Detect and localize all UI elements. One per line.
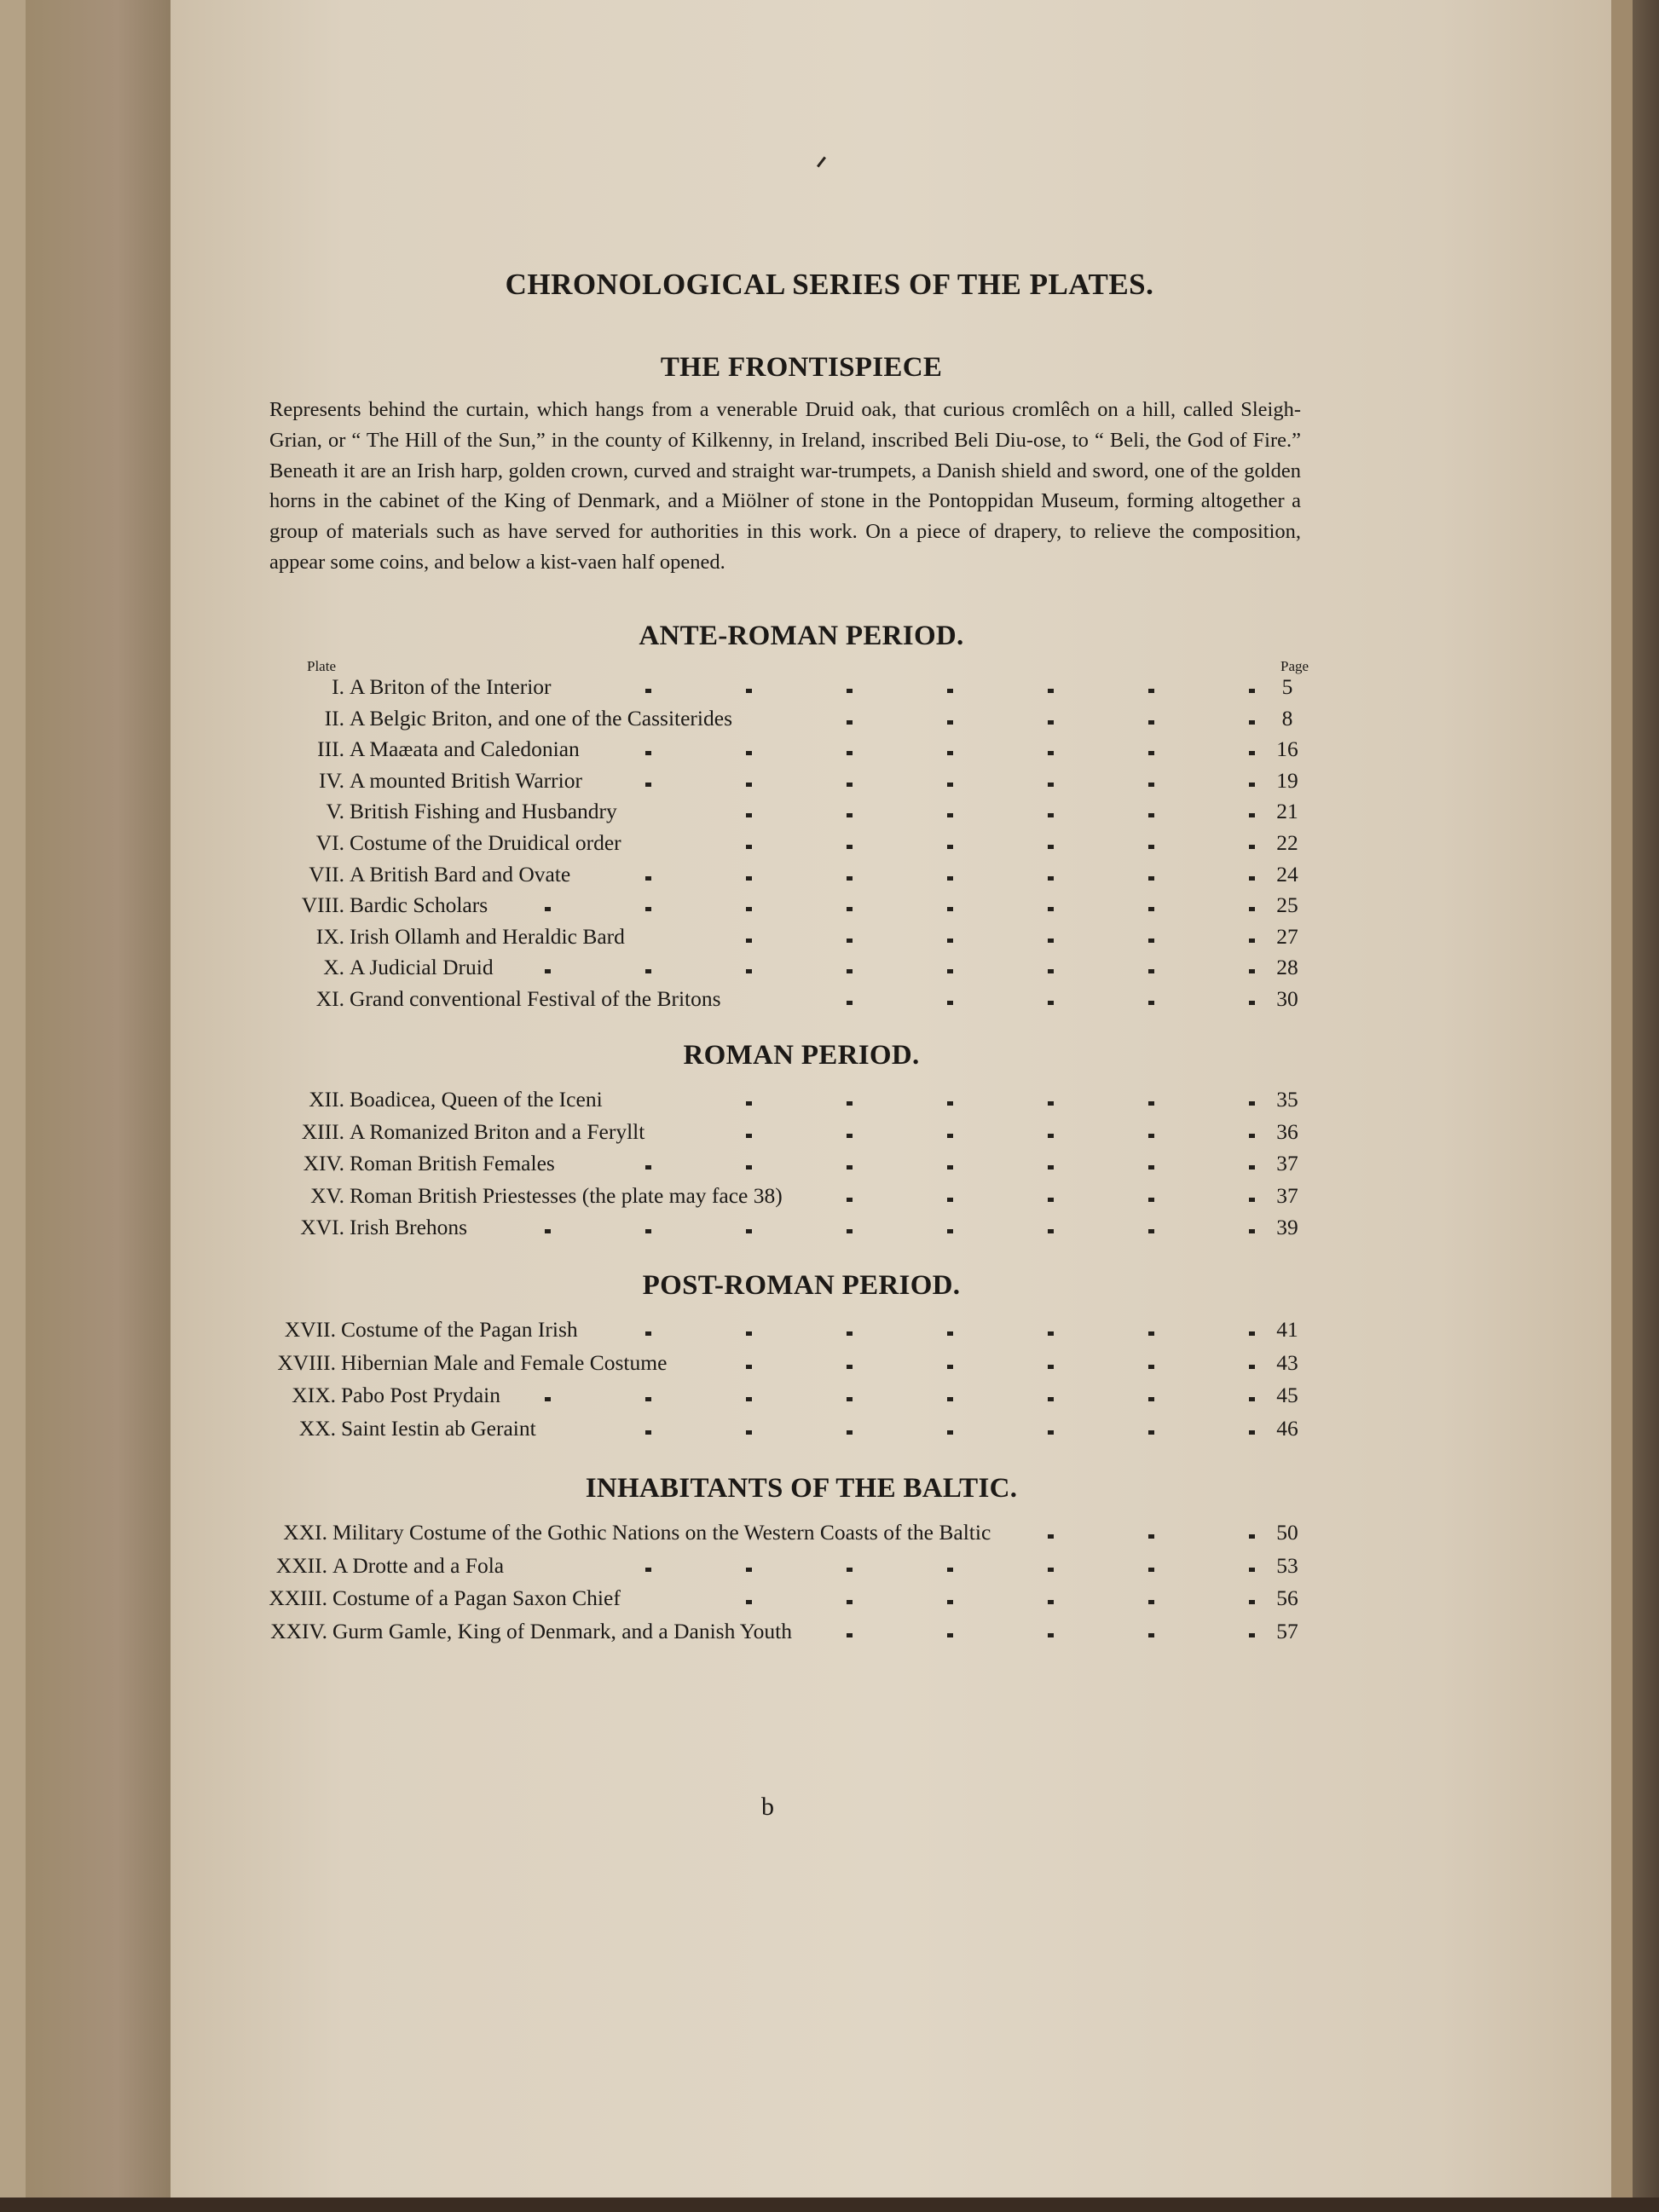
toc-entry: IV.A mounted British Warrior19: [225, 765, 1313, 796]
dot-leader: [225, 921, 1313, 952]
page-number: 5: [1262, 672, 1313, 702]
dot-leader: [225, 984, 1313, 1014]
page-number: 36: [1262, 1117, 1313, 1147]
toc-entry: XIX.Pabo Post Prydain45: [217, 1380, 1313, 1411]
page-number: 50: [1262, 1517, 1313, 1548]
page-number: 45: [1262, 1380, 1313, 1411]
toc-entry: II.A Belgic Briton, and one of the Cassi…: [225, 703, 1313, 734]
page-number: 22: [1262, 828, 1313, 858]
page-number: 39: [1262, 1212, 1313, 1243]
toc-entry: XVII.Costume of the Pagan Irish41: [217, 1314, 1313, 1345]
dot-leader: [217, 1314, 1313, 1345]
toc-entry: X.A Judicial Druid28: [225, 952, 1313, 983]
page-number: 24: [1262, 859, 1313, 890]
dot-leader: [225, 1212, 1313, 1243]
dot-leader: [225, 703, 1313, 734]
toc-entry: XII.Boadicea, Queen of the Iceni35: [225, 1084, 1313, 1115]
table-surface: [0, 2198, 1659, 2212]
dot-leader: [208, 1551, 1313, 1581]
page-number: 8: [1262, 703, 1313, 734]
page-number: 35: [1262, 1084, 1313, 1115]
dot-leader: [225, 1148, 1313, 1179]
toc-entry: I.A Briton of the Interior5: [225, 672, 1313, 702]
toc-entry: VII.A British Bard and Ovate24: [225, 859, 1313, 890]
section-heading-ante-roman: ANTE-ROMAN PERIOD.: [0, 621, 1603, 652]
page-number: 16: [1262, 734, 1313, 765]
frontispiece-heading: THE FRONTISPIECE: [0, 352, 1603, 384]
page-number: 43: [1262, 1348, 1313, 1378]
dot-leader: [225, 859, 1313, 890]
page-number: 30: [1262, 984, 1313, 1014]
section-heading-roman: ROMAN PERIOD.: [0, 1040, 1603, 1071]
page-title: CHRONOLOGICAL SERIES OF THE PLATES.: [0, 268, 1659, 302]
page-number: 57: [1262, 1616, 1313, 1647]
dot-leader: [225, 1181, 1313, 1211]
page-number: 28: [1262, 952, 1313, 983]
toc-entry: XV.Roman British Priestesses (the plate …: [225, 1181, 1313, 1211]
dot-leader: [225, 672, 1313, 702]
page-number: 19: [1262, 765, 1313, 796]
adjacent-page-edge: [0, 0, 27, 2212]
toc-entry: XXI.Military Costume of the Gothic Natio…: [208, 1517, 1313, 1548]
page-number: 37: [1262, 1181, 1313, 1211]
frontispiece-description: Represents behind the curtain, which han…: [269, 395, 1301, 578]
toc-entry: XIV.Roman British Females37: [225, 1148, 1313, 1179]
dot-leader: [225, 765, 1313, 796]
dot-leader: [217, 1348, 1313, 1378]
section-heading-baltic: INHABITANTS OF THE BALTIC.: [0, 1473, 1603, 1505]
toc-entry: XIII.A Romanized Briton and a Feryllt36: [225, 1117, 1313, 1147]
toc-entry: XXII.A Drotte and a Fola53: [208, 1551, 1313, 1581]
toc-entry: VIII.Bardic Scholars25: [225, 890, 1313, 921]
dot-leader: [225, 1084, 1313, 1115]
dot-leader: [208, 1616, 1313, 1647]
toc-entry: VI.Costume of the Druidical order22: [225, 828, 1313, 858]
page-number: 27: [1262, 921, 1313, 952]
dot-leader: [225, 952, 1313, 983]
page-number: 46: [1262, 1413, 1313, 1444]
page-number: 56: [1262, 1583, 1313, 1614]
toc-entry: III.A Maæata and Caledonian16: [225, 734, 1313, 765]
toc-entry: IX.Irish Ollamh and Heraldic Bard27: [225, 921, 1313, 952]
book-cover-edge: [1633, 0, 1659, 2212]
section-heading-post-roman: POST-ROMAN PERIOD.: [0, 1270, 1603, 1302]
page-folio: b: [761, 1793, 774, 1822]
dot-leader: [217, 1380, 1313, 1411]
toc-entry: XX.Saint Iestin ab Geraint46: [217, 1413, 1313, 1444]
dot-leader: [225, 890, 1313, 921]
dot-leader: [225, 1117, 1313, 1147]
toc-entry: V.British Fishing and Husbandry21: [225, 796, 1313, 827]
toc-entry: XVI.Irish Brehons39: [225, 1212, 1313, 1243]
toc-entry: XXIV.Gurm Gamle, King of Denmark, and a …: [208, 1616, 1313, 1647]
dot-leader: [208, 1517, 1313, 1548]
page-number: 21: [1262, 796, 1313, 827]
toc-entry: XVIII.Hibernian Male and Female Costume4…: [217, 1348, 1313, 1378]
toc-entry: XI.Grand conventional Festival of the Br…: [225, 984, 1313, 1014]
dot-leader: [225, 734, 1313, 765]
toc-entry: XXIII.Costume of a Pagan Saxon Chief56: [208, 1583, 1313, 1614]
dot-leader: [217, 1413, 1313, 1444]
page-number: 53: [1262, 1551, 1313, 1581]
page-number: 37: [1262, 1148, 1313, 1179]
dot-leader: [225, 796, 1313, 827]
dot-leader: [208, 1583, 1313, 1614]
page-number: 25: [1262, 890, 1313, 921]
book-gutter-shadow: [26, 0, 179, 2212]
page-number: 41: [1262, 1314, 1313, 1345]
dot-leader: [225, 828, 1313, 858]
